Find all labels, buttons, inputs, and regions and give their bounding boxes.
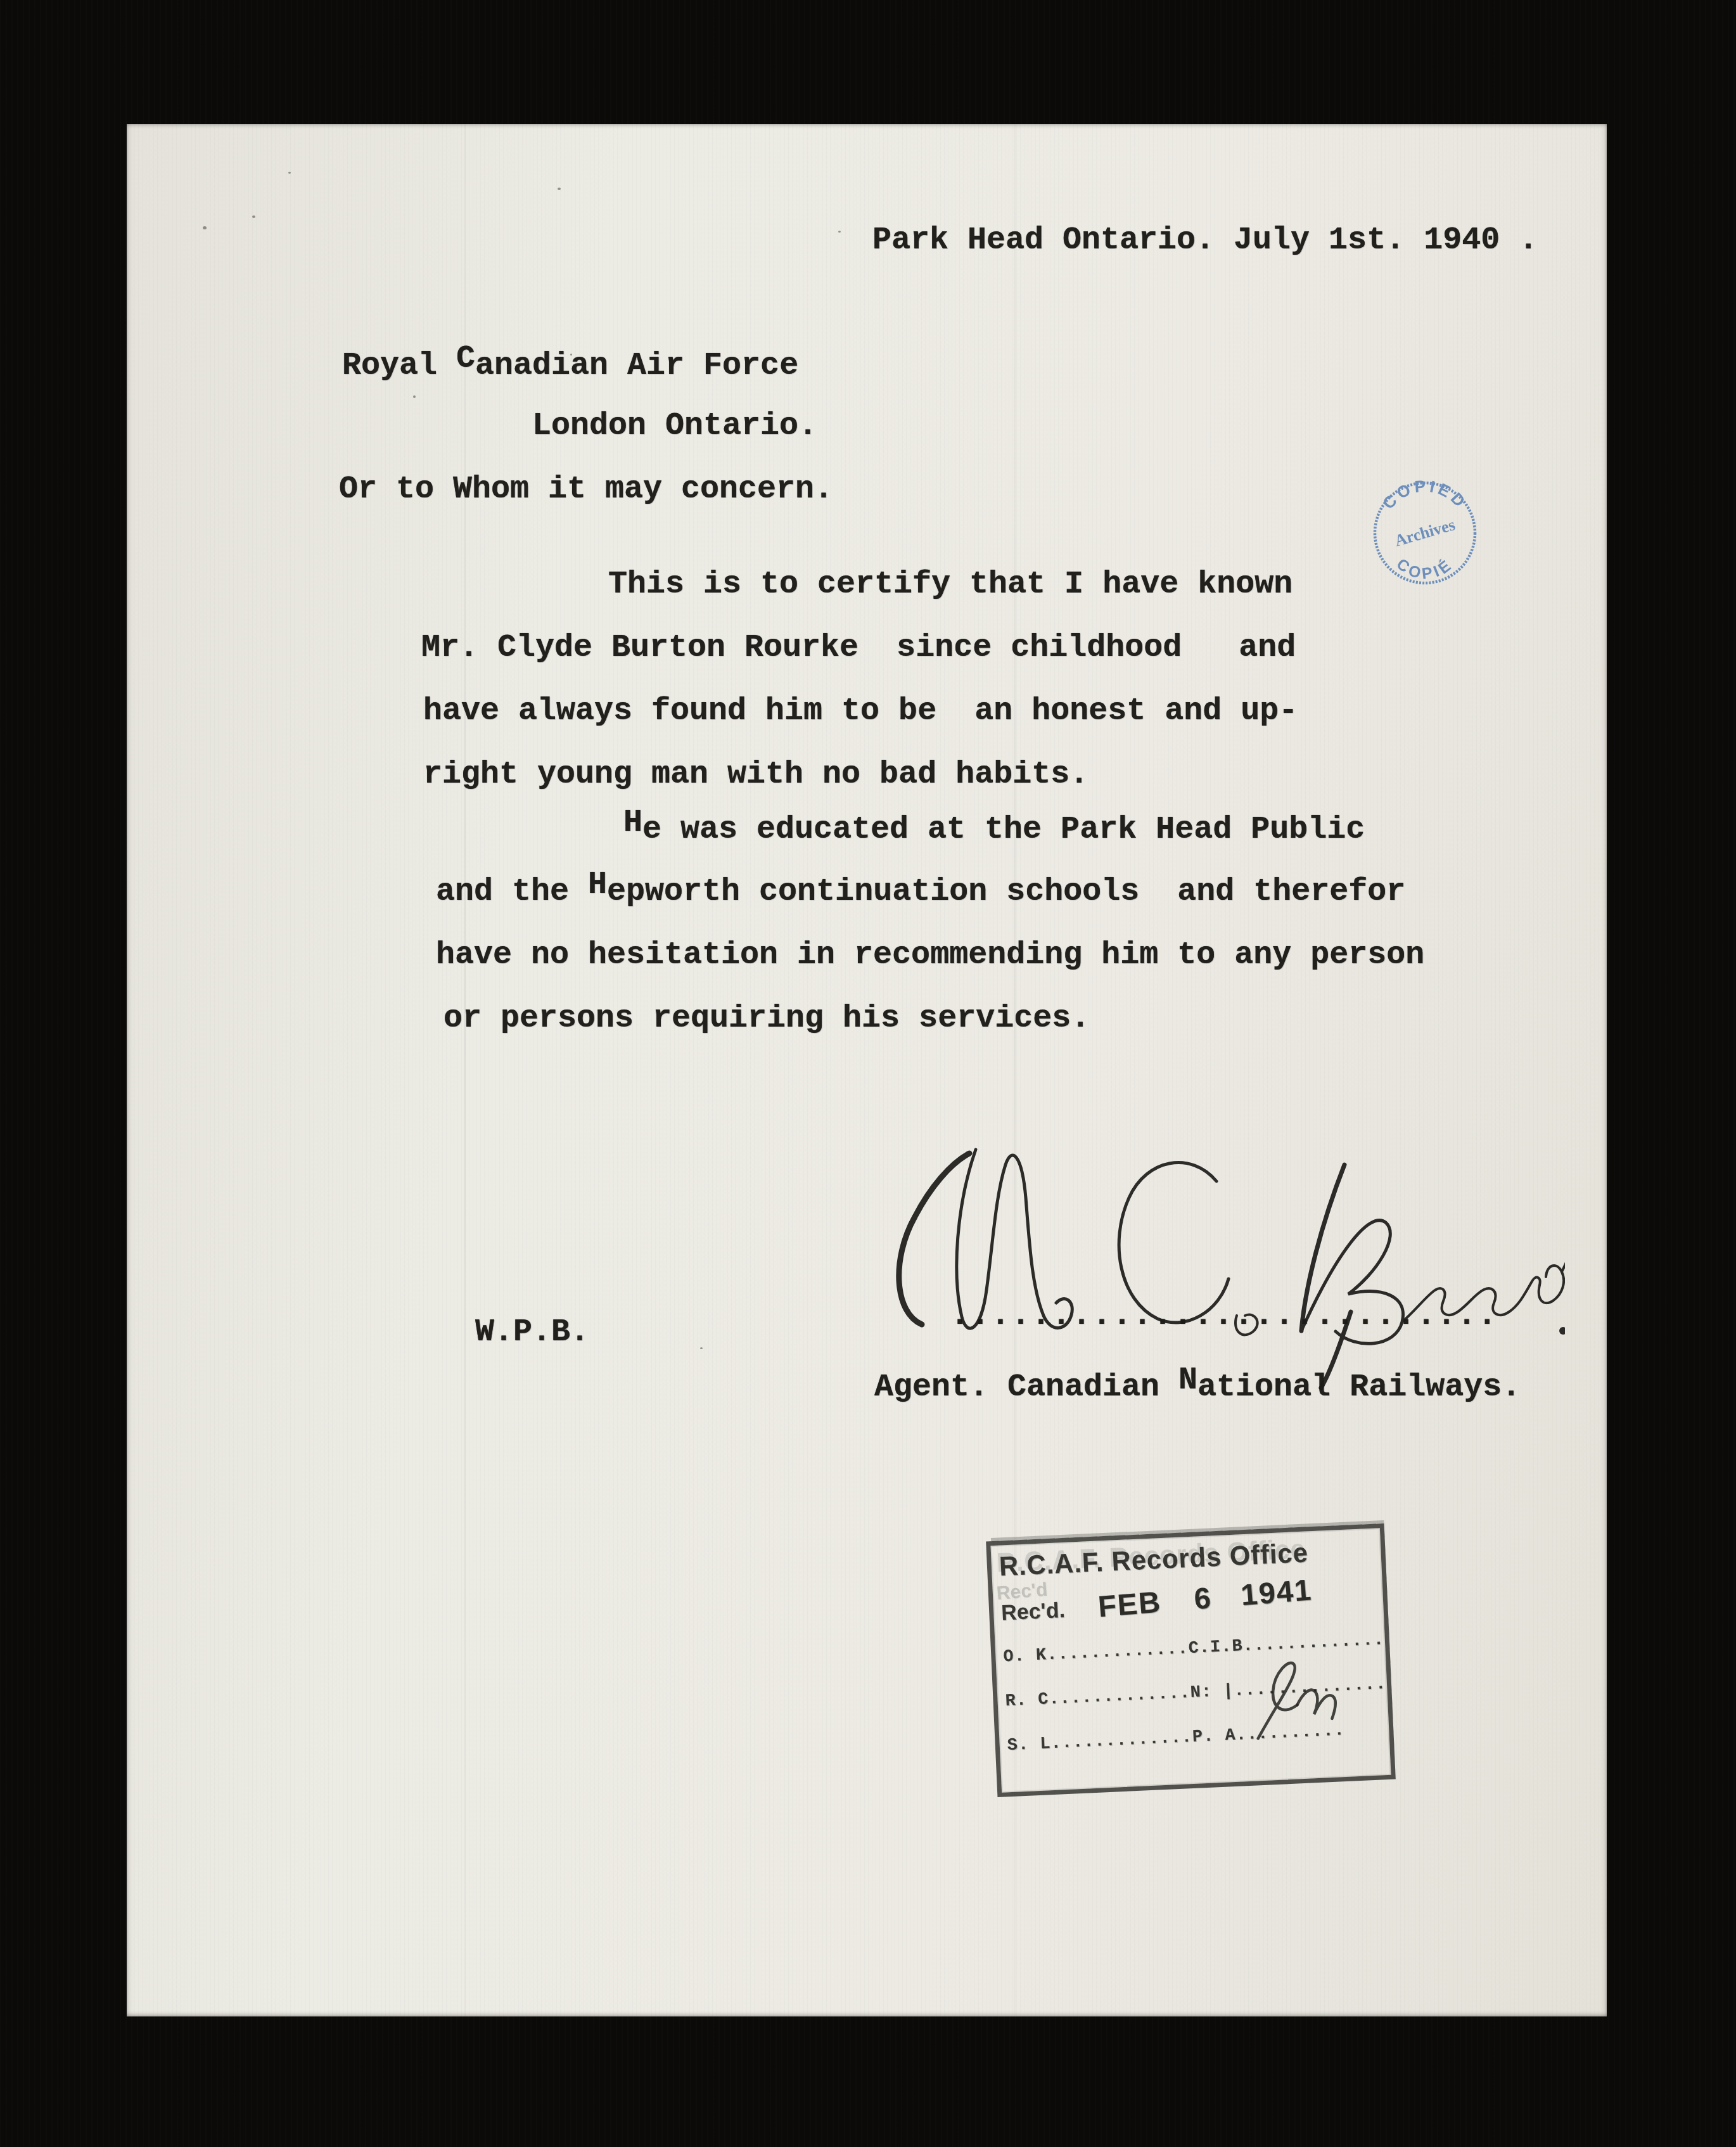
body-paragraph2-line2: and the Hepworth continuation schools an… [436,876,1405,908]
rcaf-records-office-stamp: R.C.A.F. Records Office Rec'd Rec'd. FEB… [986,1523,1396,1797]
rcaf-date-year: 1941 [1239,1572,1313,1612]
body-paragraph2-line4: or persons requiring his services. [444,1003,1090,1035]
paper-speck [558,188,561,190]
archives-copied-stamp: COPIED COPIÉ Archives [1369,477,1481,589]
body-paragraph1-line4: right young man with no bad habits. [423,759,1088,791]
paper-speck [288,172,291,174]
body-paragraph1-line2: Mr. Clyde Burton Rourke since childhood … [421,632,1296,664]
p2l2-pre: and the [436,874,588,910]
p2l2-raised-letter: H [588,867,607,903]
body-paragraph1-line3: have always found him to be an honest an… [423,696,1298,727]
address-line1-pre: Royal [342,348,456,384]
paper-speck [203,226,207,229]
stamp-middle-text: Archives [1393,515,1457,550]
paper-speck [838,231,841,233]
paper-fold-crease-left [464,124,466,2016]
rcaf-stamp-initials-handwriting [1230,1653,1368,1753]
dateline: Park Head Ontario. July 1st. 1940 . [872,225,1538,257]
typist-initials: W.P.B. [475,1317,589,1349]
body-paragraph1-line1: This is to certify that I have known [608,569,1292,601]
address-line1-raised-letter: C [456,341,475,377]
body-paragraph2-line1: He was educated at the Park Head Public [623,814,1365,846]
address-line1-post: anadian Air Force [475,348,798,384]
paper-speck [700,1347,703,1349]
svg-text:COPIÉ: COPIÉ [1393,554,1457,583]
paper-speck [252,215,255,218]
paper-speck [413,395,416,398]
rcaf-date-month: FEB [1097,1585,1163,1624]
salutation-line: Or to Whom it may concern. [339,474,833,506]
p2l1-raised-letter: H [623,805,642,841]
p2l2-post: epworth continuation schools and therefo… [607,874,1405,910]
svg-text:COPIED: COPIED [1379,477,1471,513]
rcaf-stamp-recd-label: Rec'd. [1000,1598,1065,1626]
signature-handwriting [862,1122,1565,1394]
p2l1-post: e was educated at the Park Head Public [642,812,1365,848]
letter-paper-sheet: Park Head Ontario. July 1st. 1940 . Roya… [127,124,1607,2016]
body-paragraph2-line3: have no hesitation in recommending him t… [436,940,1424,971]
rcaf-date-day: 6 [1192,1580,1213,1615]
rcaf-stamp-date: FEB61941 [1097,1572,1313,1624]
stamp-bottom-text: COPIÉ [1393,554,1457,583]
address-line-city: London Ontario. [532,411,817,442]
address-line-recipient: Royal Canadian Air Force [342,350,798,382]
stamp-top-text: COPIED [1379,477,1471,513]
scanned-document-page: { "scan": { "background_color": "#0b0a08… [0,0,1736,2147]
